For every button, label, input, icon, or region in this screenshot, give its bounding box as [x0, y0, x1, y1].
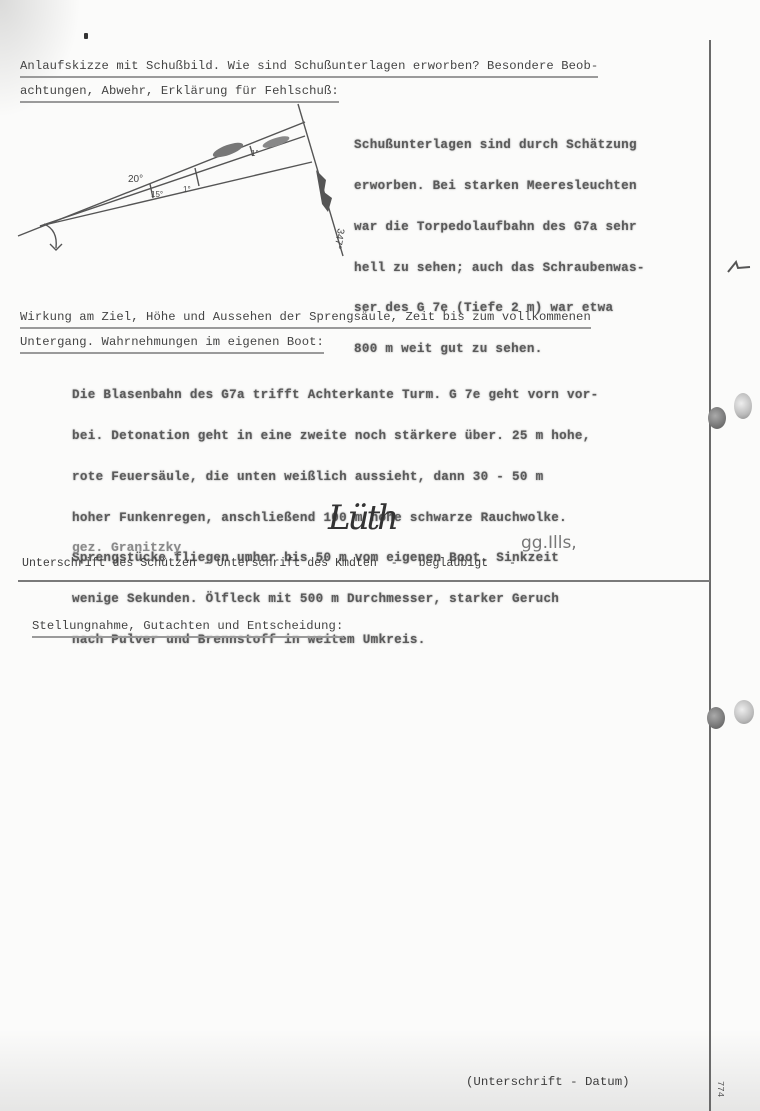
commander-signature: Lüth [328, 498, 396, 538]
section2-heading-line2: Untergang. Wahrnehmungen im eigenen Boot… [20, 332, 324, 354]
certified-signature: gg.Ills, [521, 533, 577, 553]
answer-line: erworben. Bei starken Meeresleuchten [354, 180, 645, 194]
answer-line: Schußunterlagen sind durch Schätzung [354, 139, 645, 153]
shooter-name: gez. Granitzky [72, 540, 181, 555]
punch-hole [708, 407, 726, 429]
answer-line: rote Feuersäule, die unten weißlich auss… [72, 471, 598, 485]
section2-heading: Wirkung am Ziel, Höhe und Aussehen der S… [20, 307, 591, 357]
angle-c-label: 1° [251, 149, 259, 158]
signature-date-label: (Unterschrift - Datum) [466, 1075, 630, 1089]
angle-main-label: 20° [128, 174, 143, 185]
answer-line: hell zu sehen; auch das Schraubenwas- [354, 262, 645, 276]
answer-line: war die Torpedolaufbahn des G7a sehr [354, 221, 645, 235]
punch-hole [734, 393, 752, 419]
margin-line [709, 40, 711, 1111]
angle-a-label: 15° [151, 190, 163, 199]
punch-hole [734, 700, 754, 724]
attack-sketch: 20° 15° 1° 1° 347° [0, 100, 360, 270]
ink-speck [84, 33, 88, 39]
angle-b-label: 1° [183, 185, 191, 194]
section3-heading-text: Stellungnahme, Gutachten und Entscheidun… [32, 616, 343, 638]
section2-heading-line1: Wirkung am Ziel, Höhe und Aussehen der S… [20, 307, 591, 329]
signature-labels: Unterschrift des Schützen - Unterschrift… [22, 557, 516, 570]
punch-hole [707, 707, 725, 729]
answer-line: bei. Detonation geht in eine zweite noch… [72, 430, 598, 444]
answer-line: Die Blasenbahn des G7a trifft Achterkant… [72, 389, 598, 403]
section3-heading: Stellungnahme, Gutachten und Entscheidun… [32, 616, 343, 641]
section1-heading-line1: Anlaufskizze mit Schußbild. Wie sind Sch… [20, 56, 598, 78]
bearing-label: 347° [331, 227, 345, 249]
section1-heading: Anlaufskizze mit Schußbild. Wie sind Sch… [20, 56, 598, 106]
section-divider [18, 580, 710, 582]
margin-check-mark [726, 258, 756, 278]
answer-line: wenige Sekunden. Ölfleck mit 500 m Durch… [72, 593, 598, 607]
margin-page-number: 774 [715, 1081, 725, 1097]
